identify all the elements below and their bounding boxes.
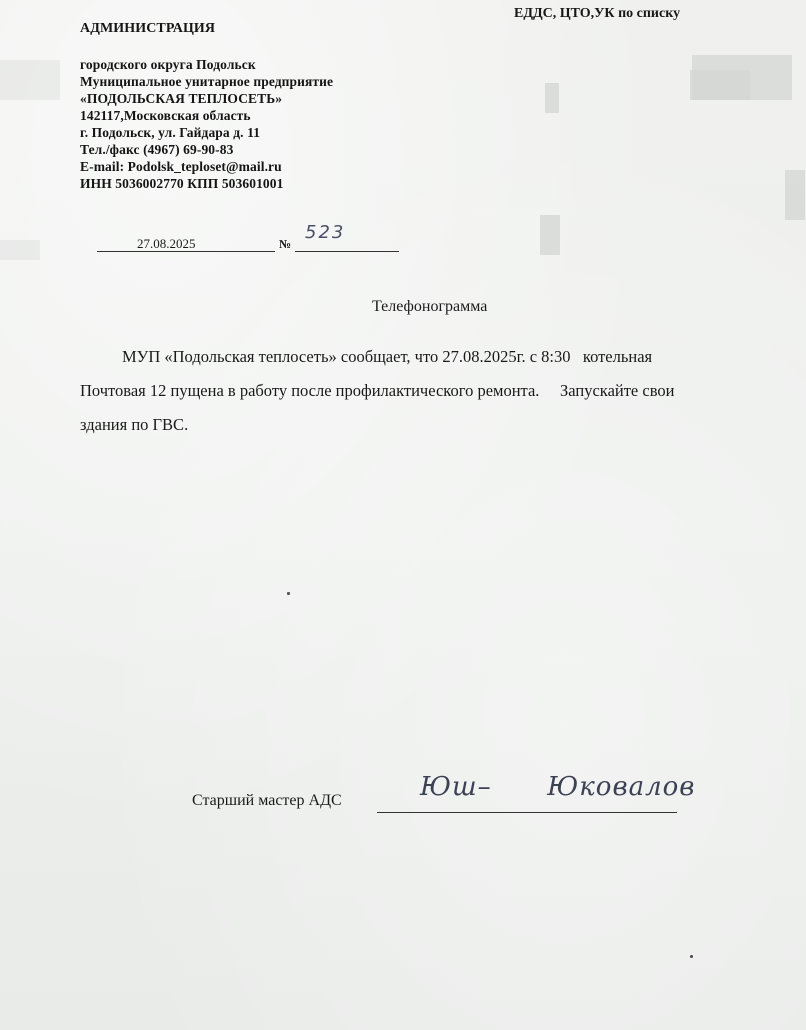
paper-speck <box>287 592 290 595</box>
letterhead-tax-ids: ИНН 5036002770 КПП 503601001 <box>80 175 333 192</box>
document-date: 27.08.2025 <box>137 236 196 252</box>
letterhead-line: Тел./факс (4967) 69-90-83 <box>80 141 333 158</box>
signature-block: Старший мастер АДС Юш– Юковалов <box>192 792 342 810</box>
number-underline <box>295 251 399 252</box>
redaction-artifact <box>540 215 560 255</box>
letterhead-email: E-mail: Podolsk_teploset@mail.ru <box>80 158 333 175</box>
letterhead-title: АДМИНИСТРАЦИЯ <box>80 20 333 37</box>
redaction-artifact <box>545 83 559 113</box>
body-line: МУП «Подольская теплосеть» сообщает, что… <box>80 340 790 374</box>
number-label: № <box>279 237 291 252</box>
letterhead-line: 142117,Московская область <box>80 107 333 124</box>
redaction-artifact <box>0 60 60 100</box>
document-number-handwritten: 523 <box>305 222 345 243</box>
signatory-position: Старший мастер АДС <box>192 792 342 809</box>
handwritten-signature: Юш– Юковалов <box>420 772 695 802</box>
paper-speck <box>690 955 693 958</box>
message-body: МУП «Подольская теплосеть» сообщает, что… <box>80 340 790 442</box>
signature-underline <box>377 812 677 813</box>
body-line: Почтовая 12 пущена в работу после профил… <box>80 374 790 408</box>
letterhead-line: «ПОДОЛЬСКАЯ ТЕПЛОСЕТЬ» <box>80 90 333 107</box>
redaction-artifact <box>690 70 750 100</box>
addressee: ЕДДС, ЦТО,УК по списку <box>514 6 680 22</box>
redaction-artifact <box>0 240 40 260</box>
redaction-artifact <box>785 170 805 220</box>
letterhead: АДМИНИСТРАЦИЯ городского округа Подольск… <box>80 20 333 192</box>
document-title: Телефонограмма <box>372 298 487 316</box>
body-line: здания по ГВС. <box>80 408 790 442</box>
letterhead-line: Муниципальное унитарное предприятие <box>80 73 333 90</box>
letterhead-line: городского округа Подольск <box>80 56 333 73</box>
letterhead-line: г. Подольск, ул. Гайдара д. 11 <box>80 124 333 141</box>
